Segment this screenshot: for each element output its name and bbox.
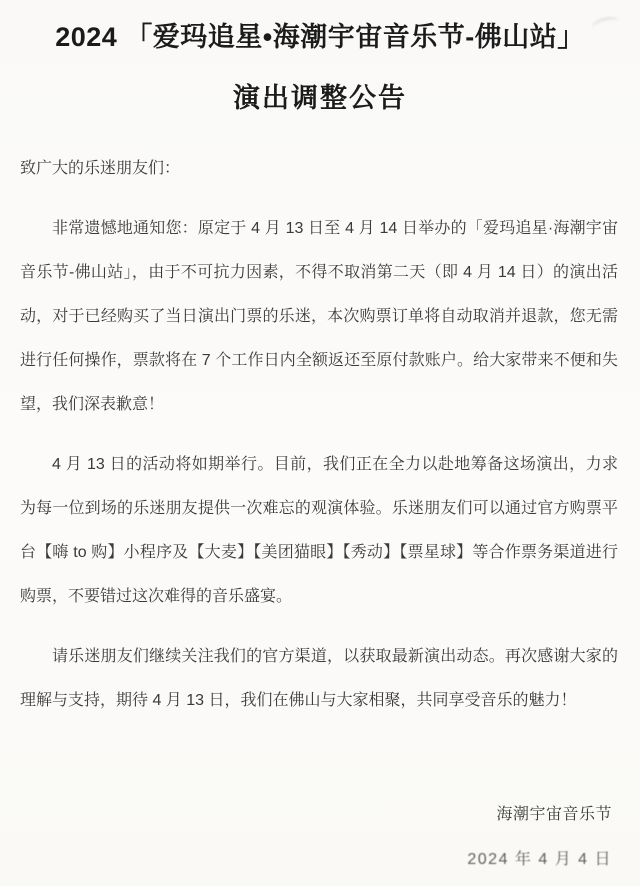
- signature: 海潮宇宙音乐节: [467, 793, 612, 837]
- signature-date: 2024 年 4 月 4 日: [467, 838, 612, 882]
- signature-block: 海潮宇宙音乐节 2024 年 4 月 4 日: [467, 793, 612, 882]
- paragraph-cancellation-notice: 非常遗憾地通知您：原定于 4 月 13 日至 4 月 14 日举办的「爱玛追星·…: [20, 207, 618, 427]
- paragraph-closing-thanks: 请乐迷朋友们继续关注我们的官方渠道，以获取最新演出动态。再次感谢大家的理解与支持…: [20, 635, 618, 723]
- announcement-document: 2024 「爱玛追星•海潮宇宙音乐节-佛山站」 演出调整公告 致广大的乐迷朋友们…: [0, 0, 640, 886]
- salutation: 致广大的乐迷朋友们：: [20, 147, 618, 191]
- paragraph-day1-proceeds: 4 月 13 日的活动将如期举行。目前，我们正在全力以赴地筹备这场演出，力求为每…: [20, 443, 618, 619]
- announcement-subtitle: 演出调整公告: [18, 81, 622, 115]
- announcement-body: 致广大的乐迷朋友们： 非常遗憾地通知您：原定于 4 月 13 日至 4 月 14…: [0, 147, 640, 723]
- event-title: 2024 「爱玛追星•海潮宇宙音乐节-佛山站」: [18, 20, 622, 54]
